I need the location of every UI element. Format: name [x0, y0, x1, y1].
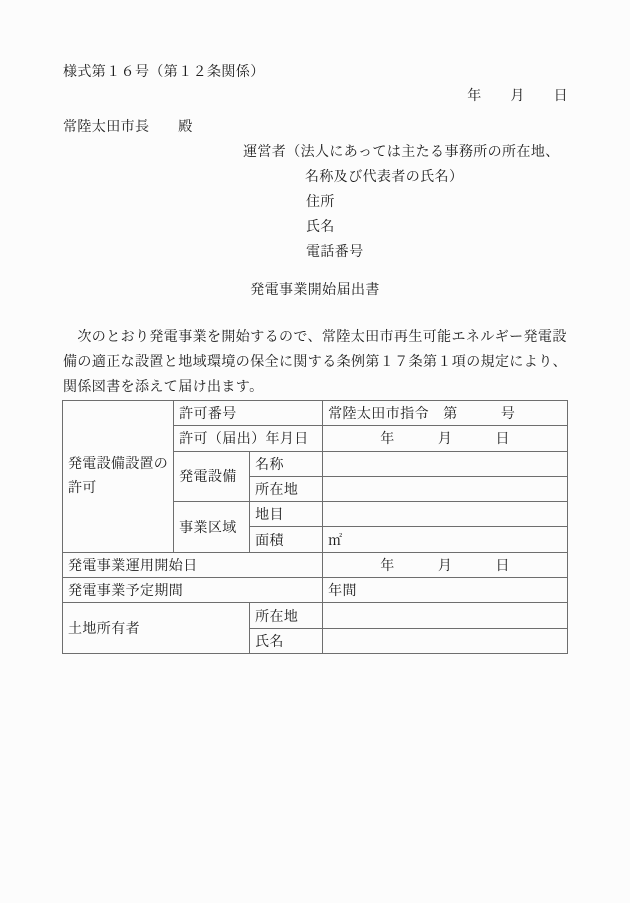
- landowner-location-value-cell: [323, 603, 568, 628]
- landowner-location-label: 所在地: [250, 603, 323, 628]
- application-table: 発電設備設置の 許可 許可番号 常陸太田市指令 第 号 許可（届出）年月日 年 …: [62, 400, 568, 654]
- permit-section-label-line1: 発電設備設置の: [68, 452, 168, 476]
- table-row: 土地所有者 所在地: [63, 603, 568, 628]
- body-paragraph: 次のとおり発電事業を開始するので、常陸太田市再生可能エネルギー発電設 備の適正な…: [63, 325, 568, 400]
- operator-field-phone: 電話番号: [306, 240, 630, 265]
- table-row: 発電設備設置の 許可 許可番号 常陸太田市指令 第 号: [63, 401, 568, 426]
- landowner-name-label: 氏名: [250, 628, 323, 653]
- operation-start-label: 発電事業運用開始日: [63, 552, 323, 577]
- zone-area-label: 面積: [250, 527, 323, 552]
- permit-number-label: 許可番号: [174, 401, 323, 426]
- body-line-3: 関係図書を添えて届け出ます。: [63, 375, 568, 400]
- period-unit: 年間: [323, 578, 568, 603]
- facility-name-value-cell: [323, 451, 568, 476]
- operator-field-address: 住所: [306, 190, 630, 215]
- permit-section-cell: 発電設備設置の 許可: [63, 401, 174, 553]
- form-number-line: 様式第１６号（第１２条関係）: [63, 64, 630, 80]
- permit-number-value: 常陸太田市指令 第 号: [323, 401, 568, 426]
- zone-area-unit: ㎡: [323, 527, 568, 552]
- permit-date-label: 許可（届出）年月日: [174, 426, 323, 451]
- zone-group-label: 事業区域: [174, 502, 250, 553]
- document-sheet: 様式第１６号（第１２条関係） 年 月 日 常陸太田市長 殿 運営者（法人にあって…: [0, 0, 630, 903]
- body-line-2: 備の適正な設置と地域環境の保全に関する条例第１７条第１項の規定により、: [63, 350, 568, 375]
- facility-location-value-cell: [323, 476, 568, 501]
- operator-label-line1: 運営者（法人にあっては主たる事務所の所在地、: [243, 140, 630, 165]
- facility-location-label: 所在地: [250, 476, 323, 501]
- table-row: 発電事業運用開始日 年 月 日: [63, 552, 568, 577]
- zone-category-value-cell: [323, 502, 568, 527]
- document-title: 発電事業開始届出書: [0, 278, 630, 303]
- operator-label-line2: 名称及び代表者の氏名）: [305, 165, 630, 190]
- addressee-line: 常陸太田市長 殿: [63, 119, 630, 135]
- facility-name-label: 名称: [250, 451, 323, 476]
- operation-start-value: 年 月 日: [323, 552, 568, 577]
- landowner-group-label: 土地所有者: [63, 603, 250, 654]
- body-line-1: 次のとおり発電事業を開始するので、常陸太田市再生可能エネルギー発電設: [63, 325, 568, 350]
- facility-group-label: 発電設備: [174, 451, 250, 502]
- table-row: 発電事業予定期間 年間: [63, 578, 568, 603]
- date-line: 年 月 日: [0, 88, 568, 104]
- operator-field-name: 氏名: [306, 215, 630, 240]
- landowner-name-value-cell: [323, 628, 568, 653]
- operator-block: 運営者（法人にあっては主たる事務所の所在地、 名称及び代表者の氏名） 住所 氏名…: [0, 140, 630, 265]
- permit-section-label-line2: 許可: [68, 476, 168, 500]
- zone-category-label: 地目: [250, 502, 323, 527]
- permit-date-value: 年 月 日: [323, 426, 568, 451]
- period-label: 発電事業予定期間: [63, 578, 323, 603]
